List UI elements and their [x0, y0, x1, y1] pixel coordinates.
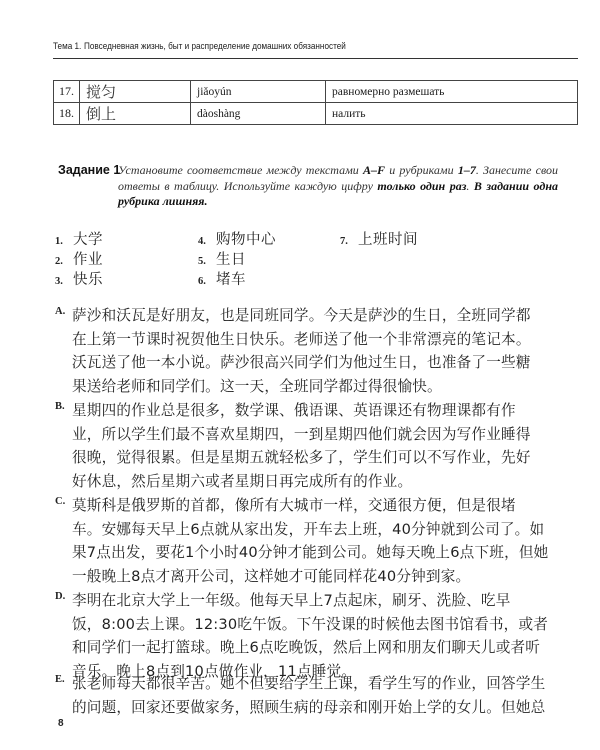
vocabulary-table: 17. 搅匀 jiǎoyún равномерно размешать 18. …	[53, 80, 578, 125]
text-line: 星期四的作业总是很多，数学课、俄语课、英语课还有物理课都有作	[72, 399, 559, 423]
rubric-item: 2.作业	[55, 248, 103, 269]
passage-label: E.	[55, 674, 65, 685]
passage-text: 莫斯科是俄罗斯的首都，像所有大城市一样，交通很方便，但是很堵 车。安娜每天早上6…	[72, 494, 559, 588]
instruction-part-bold: 1–7	[458, 163, 476, 177]
table-row: 17. 搅匀 jiǎoyún равномерно размешать	[54, 81, 578, 103]
passage-label: A.	[55, 306, 65, 317]
text-line: 果送给老师和同学们。这一天，全班同学都过得很愉快。	[72, 375, 559, 399]
rubric-text: 生日	[216, 252, 246, 268]
row-number: 18.	[54, 103, 80, 125]
rubric-item: 1.大学	[55, 228, 103, 249]
rubric-text: 堵车	[216, 272, 246, 288]
rubric-text: 作业	[73, 252, 103, 268]
passage-text: 李明在北京大学上一年级。他每天早上7点起床，刷牙、洗脸、吃早 饭，8:00去上课…	[72, 589, 559, 683]
rubric-number: 4.	[198, 236, 216, 247]
running-head: Тема 1.Повседневная жизнь, быт и распред…	[53, 41, 505, 52]
text-line: 饭，8:00去上课。12:30吃午饭。下午没课的时候他去图书馆看书，或者	[72, 613, 559, 637]
pinyin-cell: jiǎoyún	[191, 81, 326, 103]
rubric-item: 6.堵车	[198, 268, 246, 289]
rubric-item: 3.快乐	[55, 268, 103, 289]
rubric-item: 5.生日	[198, 248, 246, 269]
instruction-part: .	[466, 179, 474, 193]
task-label: Задание 1	[58, 163, 120, 177]
rubric-item: 7.上班时间	[340, 228, 418, 249]
translation-cell: равномерно размешать	[326, 81, 578, 103]
text-line: 好休息，然后星期六或者星期日再完成所有的作业。	[72, 470, 559, 494]
passage-label: B.	[55, 401, 65, 412]
passage-text: 萨沙和沃瓦是好朋友，也是同班同学。今天是萨沙的生日，全班同学都 在上第一节课时祝…	[72, 304, 559, 398]
text-line: 张老师每天都很辛苦。她不但要给学生上课，看学生写的作业，回答学生	[72, 672, 559, 696]
passage-text: 张老师每天都很辛苦。她不但要给学生上课，看学生写的作业，回答学生 的问题，回家还…	[72, 672, 559, 719]
rubric-number: 3.	[55, 276, 73, 287]
text-line: 萨沙和沃瓦是好朋友，也是同班同学。今天是萨沙的生日，全班同学都	[72, 304, 559, 328]
text-line: 李明在北京大学上一年级。他每天早上7点起床，刷牙、洗脸、吃早	[72, 589, 559, 613]
text-line: 果7点出发，要花1个小时40分钟才能到公司。她每天晚上6点下班，但她	[72, 541, 559, 565]
rubric-number: 5.	[198, 256, 216, 267]
text-line: 的问题，回家还要做家务，照顾生病的母亲和刚开始上学的女儿。但她总	[72, 696, 559, 720]
rubric-number: 1.	[55, 236, 73, 247]
text-line: 业，所以学生们最不喜欢星期四，一到星期四他们就会因为写作业睡得	[72, 423, 559, 447]
rubric-text: 购物中心	[216, 232, 276, 248]
text-line: 很晚，觉得很累。但是星期五就轻松多了，学生们可以不写作业，先好	[72, 446, 559, 470]
rubric-item: 4.购物中心	[198, 228, 276, 249]
instruction-part: и рубриками	[385, 163, 458, 177]
instruction-part-bold: только один раз	[377, 179, 466, 193]
text-line: 车。安娜每天早上6点就从家出发，开车去上班，40分钟就到公司了。如	[72, 518, 559, 542]
passage-label: D.	[55, 591, 65, 602]
pinyin-cell: dàoshàng	[191, 103, 326, 125]
page-number: 8	[58, 718, 64, 729]
rubric-text: 快乐	[73, 272, 103, 288]
text-line: 沃瓦送了他一本小说。萨沙很高兴同学们为他过生日，也准备了一些糖	[72, 351, 559, 375]
rubric-text: 上班时间	[358, 232, 418, 248]
text-line: 在上第一节课时祝贺他生日快乐。老师送了他一个非常漂亮的笔记本。	[72, 328, 559, 352]
row-number: 17.	[54, 81, 80, 103]
instruction-part: Установите соответствие между текстами	[118, 163, 363, 177]
rubric-number: 7.	[340, 236, 358, 247]
hanzi-cell: 倒上	[80, 103, 191, 125]
rubric-text: 大学	[73, 232, 103, 248]
passage-text: 星期四的作业总是很多，数学课、俄语课、英语课还有物理课都有作 业，所以学生们最不…	[72, 399, 559, 493]
translation-cell: налить	[326, 103, 578, 125]
rubric-number: 6.	[198, 276, 216, 287]
instruction-part-bold: A–F	[363, 163, 385, 177]
text-line: 和同学们一起打篮球。晚上6点吃晚饭，然后上网和朋友们聊天儿或者听	[72, 636, 559, 660]
text-line: 一般晚上8点才离开公司，这样她才可能同样花40分钟到家。	[72, 565, 559, 589]
passage-label: C.	[55, 496, 65, 507]
topic-title: Повседневная жизнь, быт и распределение …	[84, 41, 346, 52]
table-row: 18. 倒上 dàoshàng налить	[54, 103, 578, 125]
header-divider	[53, 58, 578, 59]
hanzi-cell: 搅匀	[80, 81, 191, 103]
task-instructions: Установите соответствие между текстами A…	[118, 163, 558, 210]
rubric-number: 2.	[55, 256, 73, 267]
topic-number: Тема 1.	[53, 41, 84, 52]
text-line: 莫斯科是俄罗斯的首都，像所有大城市一样，交通很方便，但是很堵	[72, 494, 559, 518]
